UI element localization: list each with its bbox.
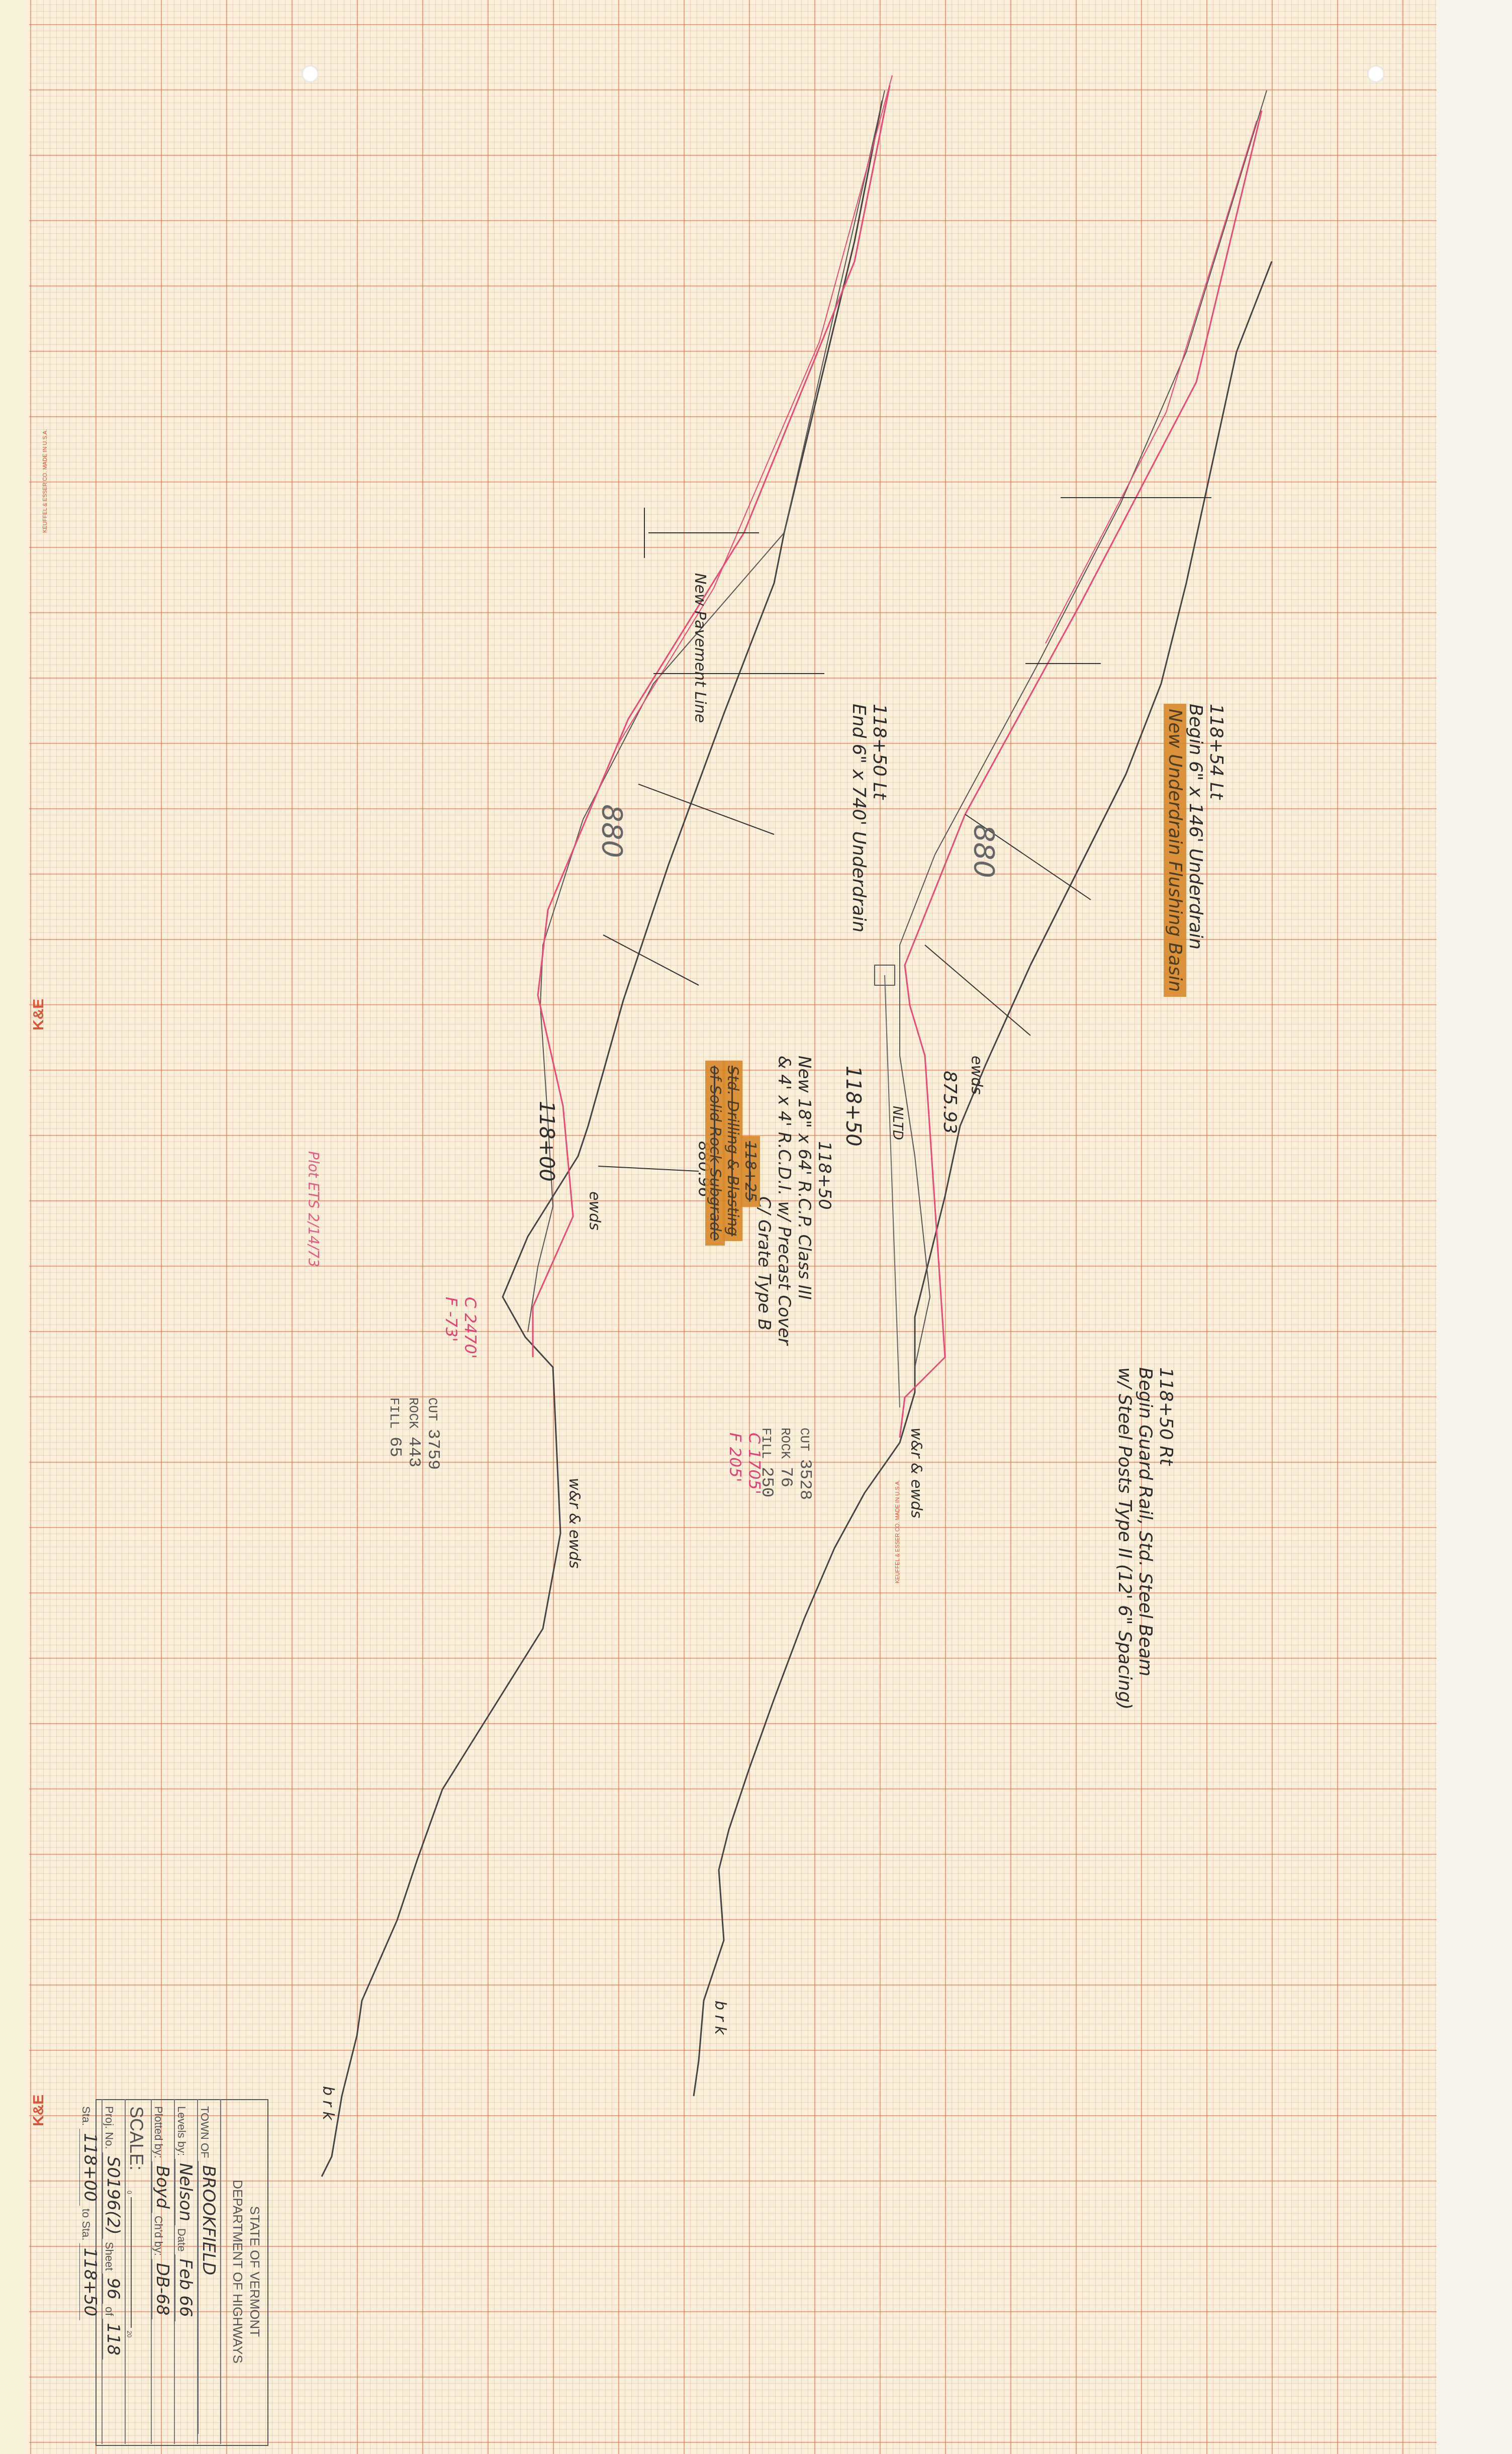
state-label: STATE OF VERMONT: [246, 2099, 263, 2444]
culvert-note: 118+50 New 18" x 64' R.C.P. Class III & …: [754, 1056, 834, 1345]
station-row: Sta.118+00 to Sta.118+50: [79, 2099, 102, 2444]
underdrain-end-note: 118+50 Lt End 6" x 740' Underdrain: [848, 704, 890, 932]
scale-row: SCALE: 0 20: [125, 2099, 151, 2444]
brk-label: b r k: [319, 2086, 337, 2120]
grade-label: 880: [596, 804, 628, 858]
nltd-label: NLTD: [890, 1106, 905, 1140]
wr-ewds-label: w&r & ewds: [565, 1478, 583, 1568]
ewds-label: ewds: [586, 1191, 603, 1231]
guardrail-note: 118+50 Rt Begin Guard Rail, Std. Steel B…: [1114, 1367, 1176, 1710]
grade-label: 880: [968, 824, 1000, 878]
project-row: Proj. No.S0196(2) Sheet96 of118: [102, 2099, 125, 2444]
brk-label: b r k: [711, 2001, 729, 2035]
department-label: DEPARTMENT OF HIGHWAYS: [229, 2099, 246, 2444]
plot-note: Plot ETS 2/14/73: [305, 1151, 322, 1267]
underdrain-begin-note: 118+54 Lt Begin 6" x 146' Underdrain New…: [1165, 704, 1226, 997]
elevation-label: 875.93: [939, 1071, 960, 1134]
station-label: 118+00: [535, 1101, 558, 1182]
town-row: TOWN OFBROOKFIELD: [197, 2099, 220, 2444]
quantities-118-50: CUT 3528 ROCK 76 FILL 250: [757, 1428, 814, 1500]
pavement-line-note: New Pavement Line: [691, 573, 709, 723]
cross-section-sheet: KEUFFEL & ESSER CO. MADE IN U.S.A. K&E K…: [0, 0, 1512, 2454]
title-block: STATE OF VERMONT DEPARTMENT OF HIGHWAYS …: [96, 2099, 266, 2444]
struck-note: 118+25 Std. Drilling & Blasting of Solid…: [706, 1061, 759, 1246]
red-quantity-note: C 2470'F -73': [442, 1297, 480, 1359]
quantities-118-00: CUT 3759 ROCK 443 FILL 65: [385, 1397, 442, 1470]
levels-row: Levels by:Nelson DateFeb 66: [174, 2099, 197, 2444]
station-label: 118+50: [841, 1066, 865, 1147]
wr-ewds-label: w&r & ewds: [907, 1428, 925, 1518]
red-quantity-note: C 1705'F 205': [726, 1433, 764, 1494]
ewds-label: ewds: [968, 1056, 985, 1095]
plotted-row: Plotted by:Boyd Ch'd by:DB-68: [151, 2099, 174, 2444]
